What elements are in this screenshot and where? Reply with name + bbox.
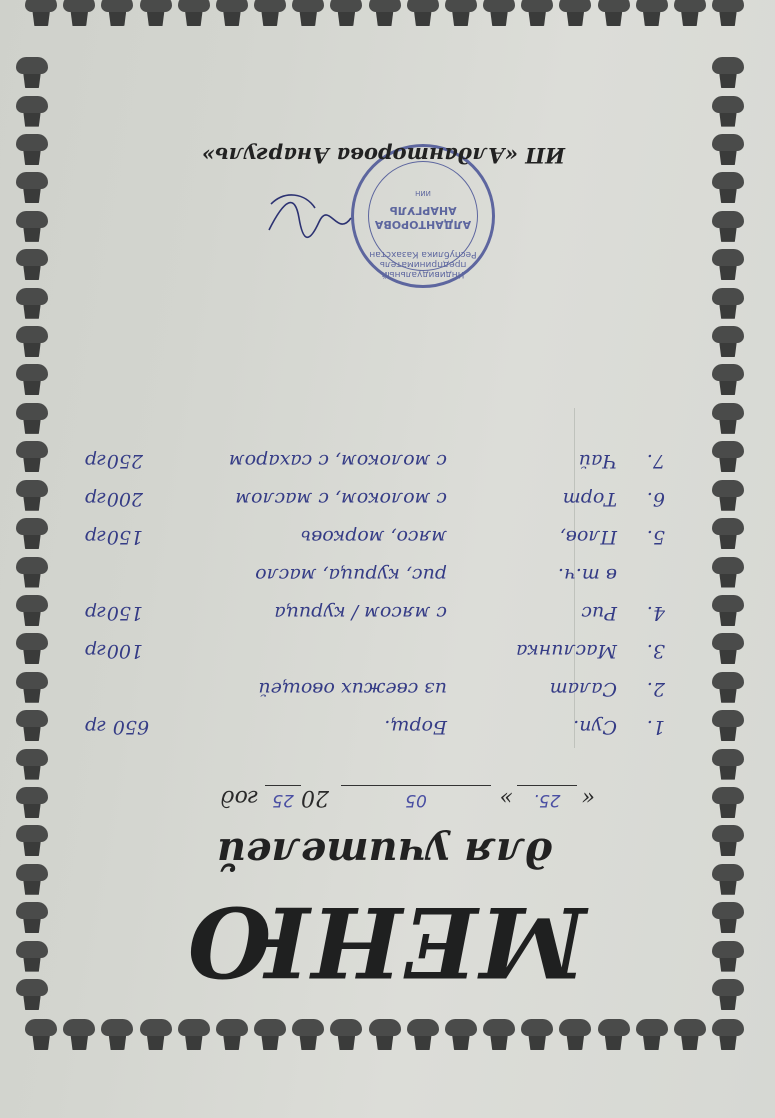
signature-icon [265,188,355,248]
company-name: ИП «Алданторова Анаргуль» [202,143,565,168]
hat-ornament-icon [177,1018,211,1050]
menu-item-desc: Борщ. [165,716,447,738]
stamp-id: ИИН [374,189,472,197]
menu-item-dish: Рис [447,602,617,624]
hat-ornament-icon [673,1018,707,1050]
hat-ornament-icon [139,1018,173,1050]
hat-ornament-icon [711,133,745,165]
hat-ornament-icon [215,0,249,26]
menu-item: 7.Чайс молоком, с сахаром250гр [85,434,665,472]
date-line: « 25. » 05 20 25 год [155,780,595,810]
hat-ornament-icon [482,1018,516,1050]
menu-item-weight: 150гр [85,602,165,624]
hat-ornament-icon [177,0,211,26]
menu-item: 6.Тортс молоком, с маслом200гр [85,472,665,510]
hat-ornament-icon [15,440,49,472]
hat-ornament-icon [711,402,745,434]
hat-ornament-icon [558,1018,592,1050]
menu-item-num: 1. [617,716,665,738]
hat-ornament-icon [101,0,135,26]
hat-ornament-icon [368,1018,402,1050]
ornament-border-bottom [24,0,745,26]
hat-ornament-icon [329,0,363,26]
hat-ornament-icon [635,0,669,26]
hat-ornament-icon [711,0,745,26]
menu-item-num: 5. [617,526,665,548]
hat-ornament-icon [711,56,745,88]
page-title: МЕНЮ [75,885,695,998]
hat-ornament-icon [711,479,745,511]
hat-ornament-icon [15,978,49,1010]
date-year-prefix: 20 [301,785,329,810]
hat-ornament-icon [482,0,516,26]
menu-item-dish: Торт [447,488,617,510]
hat-ornament-icon [62,1018,96,1050]
date-year-field: 25 [265,785,301,810]
hat-ornament-icon [711,863,745,895]
hat-ornament-icon [15,671,49,703]
hat-ornament-icon [711,248,745,280]
menu-item-num: 2. [617,678,665,700]
hat-ornament-icon [15,786,49,818]
hat-ornament-icon [711,940,745,972]
menu-item-dish: Плов, [447,526,617,548]
menu-item: 1.Суп.Борщ.650 гр [85,700,665,738]
hat-ornament-icon [711,517,745,549]
hat-ornament-icon [253,1018,287,1050]
hat-ornament-icon [15,248,49,280]
hat-ornament-icon [711,95,745,127]
hat-ornament-icon [711,824,745,856]
hat-ornament-icon [558,0,592,26]
page-subtitle: для учителей [75,829,695,876]
hat-ornament-icon [711,748,745,780]
date-year-word: год [221,785,259,810]
menu-item-desc: с мясом / курица [165,602,447,624]
hat-ornament-icon [15,594,49,626]
menu-item: 2.Салатиз свежих овощей [85,662,665,700]
hat-ornament-icon [15,556,49,588]
hat-ornament-icon [291,1018,325,1050]
hat-ornament-icon [444,1018,478,1050]
hat-ornament-icon [15,95,49,127]
hat-ornament-icon [15,56,49,88]
hat-ornament-icon [101,1018,135,1050]
menu-item-weight: 150гр [85,526,165,548]
menu-item-weight: 250гр [85,450,165,472]
hat-ornament-icon [711,556,745,588]
menu-item-desc: с молоком, с маслом [165,488,447,510]
hat-ornament-icon [215,1018,249,1050]
menu-item: 3.Маслинка100гр [85,624,665,662]
hat-ornament-icon [62,0,96,26]
menu-item-weight: 650 гр [85,716,165,738]
hat-ornament-icon [597,0,631,26]
hat-ornament-icon [711,709,745,741]
menu-item-dish: Суп. [447,716,617,738]
ornament-border-right [15,56,49,1010]
hat-ornament-icon [635,1018,669,1050]
document-body: МЕНЮ для учителей « 25. » 05 20 25 год 1… [75,58,695,1018]
stamp-name-line1: АЛДАНТОРОВА [374,217,472,231]
menu-item-desc: рис, курица, масло [165,564,447,586]
menu-item-num: 4. [617,602,665,624]
date-day-field: 25. [517,785,577,810]
hat-ornament-icon [711,786,745,818]
footer: Индивидуальный предприниматель Республик… [165,88,565,288]
hat-ornament-icon [329,1018,363,1050]
hat-ornament-icon [15,133,49,165]
hat-ornament-icon [711,440,745,472]
hat-ornament-icon [597,1018,631,1050]
menu-item-num: 3. [617,640,665,662]
menu-list: 1.Суп.Борщ.650 гр2.Салатиз свежих овощей… [85,434,665,738]
hat-ornament-icon [15,709,49,741]
hat-ornament-icon [15,748,49,780]
menu-item-dish: Чай [447,450,617,472]
hat-ornament-icon [24,0,58,26]
ornament-border-left [711,56,745,1010]
hat-ornament-icon [711,671,745,703]
hat-ornament-icon [15,824,49,856]
hat-ornament-icon [253,0,287,26]
hat-ornament-icon [711,325,745,357]
ornament-border-top [24,1018,745,1050]
menu-item-dish: Маслинка [447,640,617,662]
hat-ornament-icon [15,171,49,203]
hat-ornament-icon [711,171,745,203]
menu-item-weight: 200гр [85,488,165,510]
hat-ornament-icon [711,594,745,626]
menu-document: МЕНЮ для учителей « 25. » 05 20 25 год 1… [0,0,775,1118]
hat-ornament-icon [24,1018,58,1050]
hat-ornament-icon [520,1018,554,1050]
stamp-ring-text: Индивидуальный предприниматель Республик… [354,249,492,279]
hat-ornament-icon [444,0,478,26]
menu-item-dish: в т.ч. [447,564,617,586]
hat-ornament-icon [15,940,49,972]
hat-ornament-icon [406,0,440,26]
menu-item: 4.Рисс мясом / курица150гр [85,586,665,624]
menu-item-num: 6. [617,488,665,510]
stamp-name: АЛДАНТОРОВА АНАРГУЛЬ [374,203,472,231]
date-close-quote: » [500,785,513,810]
menu-item-dish: Салат [447,678,617,700]
hat-ornament-icon [15,402,49,434]
hat-ornament-icon [15,517,49,549]
hat-ornament-icon [15,479,49,511]
date-month-field: 05 [341,785,491,810]
hat-ornament-icon [711,632,745,664]
hat-ornament-icon [15,364,49,396]
menu-item-weight: 100гр [85,640,165,662]
hat-ornament-icon [368,0,402,26]
menu-item: в т.ч.рис, курица, масло [85,548,665,586]
hat-ornament-icon [15,210,49,242]
menu-item: 5.Плов,мясо, морковь150гр [85,510,665,548]
hat-ornament-icon [15,287,49,319]
stamp-name-line2: АНАРГУЛЬ [374,203,472,217]
hat-ornament-icon [139,0,173,26]
hat-ornament-icon [711,978,745,1010]
menu-item-desc: мясо, морковь [165,526,447,548]
hat-ornament-icon [15,325,49,357]
hat-ornament-icon [673,0,707,26]
menu-item-num: 7. [617,450,665,472]
hat-ornament-icon [291,0,325,26]
hat-ornament-icon [520,0,554,26]
date-open-quote: « [582,785,595,810]
hat-ornament-icon [15,901,49,933]
hat-ornament-icon [711,287,745,319]
menu-item-desc: из свежих овощей [165,678,447,700]
hat-ornament-icon [15,863,49,895]
hat-ornament-icon [15,632,49,664]
hat-ornament-icon [711,901,745,933]
hat-ornament-icon [711,210,745,242]
hat-ornament-icon [711,1018,745,1050]
hat-ornament-icon [711,364,745,396]
hat-ornament-icon [406,1018,440,1050]
menu-item-desc: с молоком, с сахаром [165,450,447,472]
